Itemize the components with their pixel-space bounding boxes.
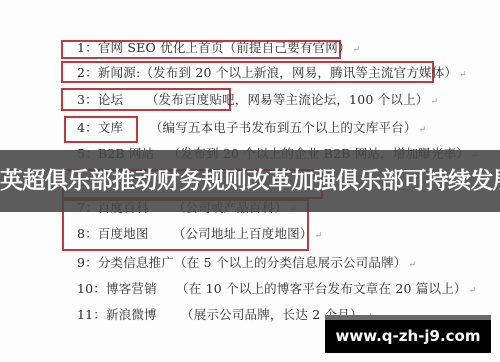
item-desc: （公司地址上百度地图） bbox=[173, 224, 313, 244]
item-desc: （前提自己要有官网） bbox=[224, 38, 351, 58]
return-mark-icon: ↵ bbox=[408, 260, 416, 270]
item-title: 百度地图 bbox=[98, 224, 173, 244]
return-mark-icon: ↵ bbox=[469, 286, 477, 296]
watermark-url: www.q-zh-j9.com bbox=[325, 320, 491, 353]
item-number: 4： bbox=[77, 118, 98, 138]
list-item-9: 9：分类信息推广 （在 5 个以上的分类信息展示公司品牌）↵ bbox=[77, 253, 416, 273]
item-number: 2： bbox=[77, 63, 98, 83]
list-item-8: 8：百度地图（公司地址上百度地图）↵ bbox=[77, 224, 322, 244]
item-number: 11： bbox=[77, 305, 106, 325]
return-mark-icon: ↵ bbox=[315, 231, 323, 241]
item-number: 1： bbox=[77, 38, 98, 58]
item-title: 新浪微博 bbox=[106, 305, 181, 325]
list-item-1: 1：官网 SEO 优化上首页 （前提自己要有官网）↵ bbox=[77, 38, 360, 58]
item-number: 10： bbox=[77, 279, 106, 299]
item-title: 文库 bbox=[98, 118, 150, 138]
item-title: 分类信息推广 bbox=[98, 253, 174, 273]
list-item-2: 2：新闻源:（发布到 20 个以上新浪，网易，腾讯等主流官方媒体）↵ bbox=[77, 63, 467, 83]
headline-text: 英超俱乐部推动财务规则改革加强俱乐部可持续发展机制 bbox=[0, 150, 500, 212]
item-desc: （发布百度贴吧，网易等主流论坛，100 个以上） bbox=[146, 90, 429, 110]
list-item-10: 10：博客营销（在 10 个以上的博客平台发布文章在 20 篇以上）↵ bbox=[77, 279, 476, 299]
item-title: 新闻源: bbox=[98, 63, 141, 83]
item-desc: （在 5 个以上的分类信息展示公司品牌） bbox=[174, 253, 406, 273]
return-mark-icon: ↵ bbox=[353, 45, 361, 55]
item-number: 3： bbox=[77, 90, 98, 110]
return-mark-icon: ↵ bbox=[431, 97, 439, 107]
item-title: 论坛 bbox=[98, 90, 146, 110]
item-number: 9： bbox=[77, 253, 98, 273]
item-title: 官网 SEO 优化上首页 bbox=[98, 38, 224, 59]
item-title: 博客营销 bbox=[106, 279, 176, 299]
list-item-3: 3：论坛（发布百度贴吧，网易等主流论坛，100 个以上）↵ bbox=[77, 90, 438, 110]
return-mark-icon: ↵ bbox=[459, 70, 467, 80]
item-desc: （发布到 20 个以上新浪，网易，腾讯等主流官方媒体） bbox=[140, 63, 457, 83]
item-desc: （在 10 个以上的博客平台发布文章在 20 篇以上） bbox=[176, 279, 467, 299]
return-mark-icon: ↵ bbox=[419, 125, 427, 135]
item-number: 8： bbox=[77, 224, 98, 244]
item-desc: （编写五本电子书发布到五个以上的文库平台） bbox=[150, 118, 417, 138]
list-item-4: 4：文库（编写五本电子书发布到五个以上的文库平台）↵ bbox=[77, 118, 426, 138]
